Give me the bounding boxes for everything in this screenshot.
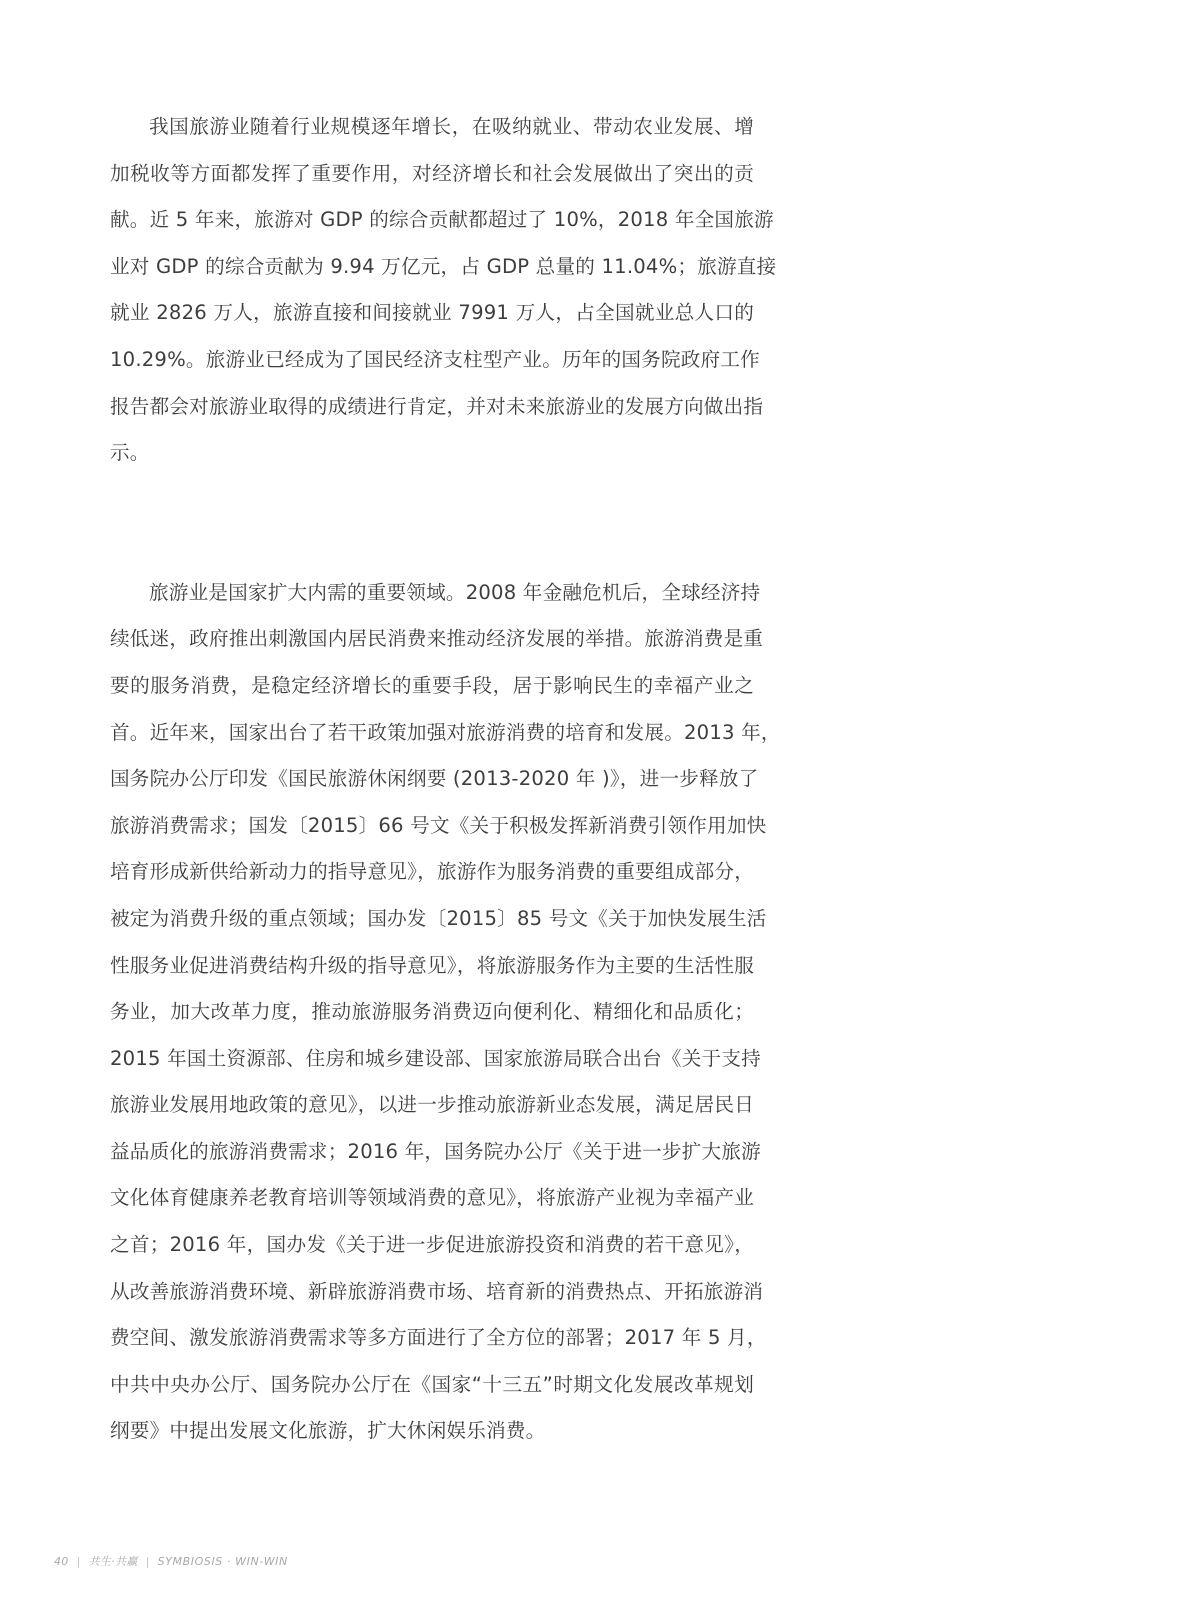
paragraph-spacer xyxy=(110,477,754,570)
text-line: 纲要》中提出发展文化旅游，扩大休闲娱乐消费。 xyxy=(110,1408,754,1455)
footer-title-cn: 共生·共赢 xyxy=(89,1553,138,1569)
text-line: 务业，加大改革力度，推动旅游服务消费迈向便利化、精细化和品质化； xyxy=(110,989,754,1036)
page-footer: 40 | 共生·共赢 | SYMBIOSIS · WIN-WIN xyxy=(54,1551,288,1571)
text-line: 国务院办公厅印发《国民旅游休闲纲要 (2013-2020 年 )》，进一步释放了 xyxy=(110,756,754,803)
text-line: 之首；2016 年，国办发《关于进一步促进旅游投资和消费的若干意见》， xyxy=(110,1222,754,1269)
text-line: 加税收等方面都发挥了重要作用，对经济增长和社会发展做出了突出的贡 xyxy=(110,151,754,198)
text-line: 益品质化的旅游消费需求；2016 年，国务院办公厅《关于进一步扩大旅游 xyxy=(110,1129,754,1176)
text-line: 要的服务消费，是稳定经济增长的重要手段，居于影响民生的幸福产业之 xyxy=(110,663,754,710)
text-line: 业对 GDP 的综合贡献为 9.94 万亿元，占 GDP 总量的 11.04%；… xyxy=(110,244,754,291)
text-line: 旅游业是国家扩大内需的重要领域。2008 年金融危机后，全球经济持 xyxy=(110,570,754,617)
text-line: 报告都会对旅游业取得的成绩进行肯定，并对未来旅游业的发展方向做出指 xyxy=(110,384,754,431)
text-line: 献。近 5 年来，旅游对 GDP 的综合贡献都超过了 10%，2018 年全国旅… xyxy=(110,197,754,244)
document-page: 我国旅游业随着行业规模逐年增长，在吸纳就业、带动农业发展、增 加税收等方面都发挥… xyxy=(0,0,1192,1616)
text-line: 性服务业促进消费结构升级的指导意见》，将旅游服务作为主要的生活性服 xyxy=(110,943,754,990)
paragraph-tourism-contribution: 我国旅游业随着行业规模逐年增长，在吸纳就业、带动农业发展、增 加税收等方面都发挥… xyxy=(110,104,754,477)
text-line: 被定为消费升级的重点领域；国办发〔2015〕85 号文《关于加快发展生活 xyxy=(110,896,754,943)
paragraph-tourism-policy: 旅游业是国家扩大内需的重要领域。2008 年金融危机后，全球经济持 续低迷，政府… xyxy=(110,570,754,1455)
text-line: 示。 xyxy=(110,430,754,477)
text-line: 首。近年来，国家出台了若干政策加强对旅游消费的培育和发展。2013 年， xyxy=(110,710,754,757)
page-number: 40 xyxy=(54,1555,69,1568)
text-line: 我国旅游业随着行业规模逐年增长，在吸纳就业、带动农业发展、增 xyxy=(110,104,754,151)
text-line: 中共中央办公厅、国务院办公厅在《国家“十三五”时期文化发展改革规划 xyxy=(110,1362,754,1409)
text-line: 2015 年国土资源部、住房和城乡建设部、国家旅游局联合出台《关于支持 xyxy=(110,1036,754,1083)
text-line: 旅游消费需求；国发〔2015〕66 号文《关于积极发挥新消费引领作用加快 xyxy=(110,803,754,850)
text-line: 从改善旅游消费环境、新辟旅游消费市场、培育新的消费热点、开拓旅游消 xyxy=(110,1269,754,1316)
text-line: 10.29%。旅游业已经成为了国民经济支柱型产业。历年的国务院政府工作 xyxy=(110,337,754,384)
footer-title-en: SYMBIOSIS · WIN-WIN xyxy=(158,1555,288,1568)
body-text: 我国旅游业随着行业规模逐年增长，在吸纳就业、带动农业发展、增 加税收等方面都发挥… xyxy=(110,104,754,1455)
text-line: 旅游业发展用地政策的意见》，以进一步推动旅游新业态发展，满足居民日 xyxy=(110,1082,754,1129)
text-line: 培育形成新供给新动力的指导意见》，旅游作为服务消费的重要组成部分， xyxy=(110,849,754,896)
text-line: 费空间、激发旅游消费需求等多方面进行了全方位的部署；2017 年 5 月， xyxy=(110,1315,754,1362)
footer-divider: | xyxy=(144,1555,152,1568)
text-line: 就业 2826 万人，旅游直接和间接就业 7991 万人，占全国就业总人口的 xyxy=(110,290,754,337)
text-line: 续低迷，政府推出刺激国内居民消费来推动经济发展的举措。旅游消费是重 xyxy=(110,616,754,663)
text-line: 文化体育健康养老教育培训等领域消费的意见》，将旅游产业视为幸福产业 xyxy=(110,1175,754,1222)
footer-divider: | xyxy=(75,1555,83,1568)
